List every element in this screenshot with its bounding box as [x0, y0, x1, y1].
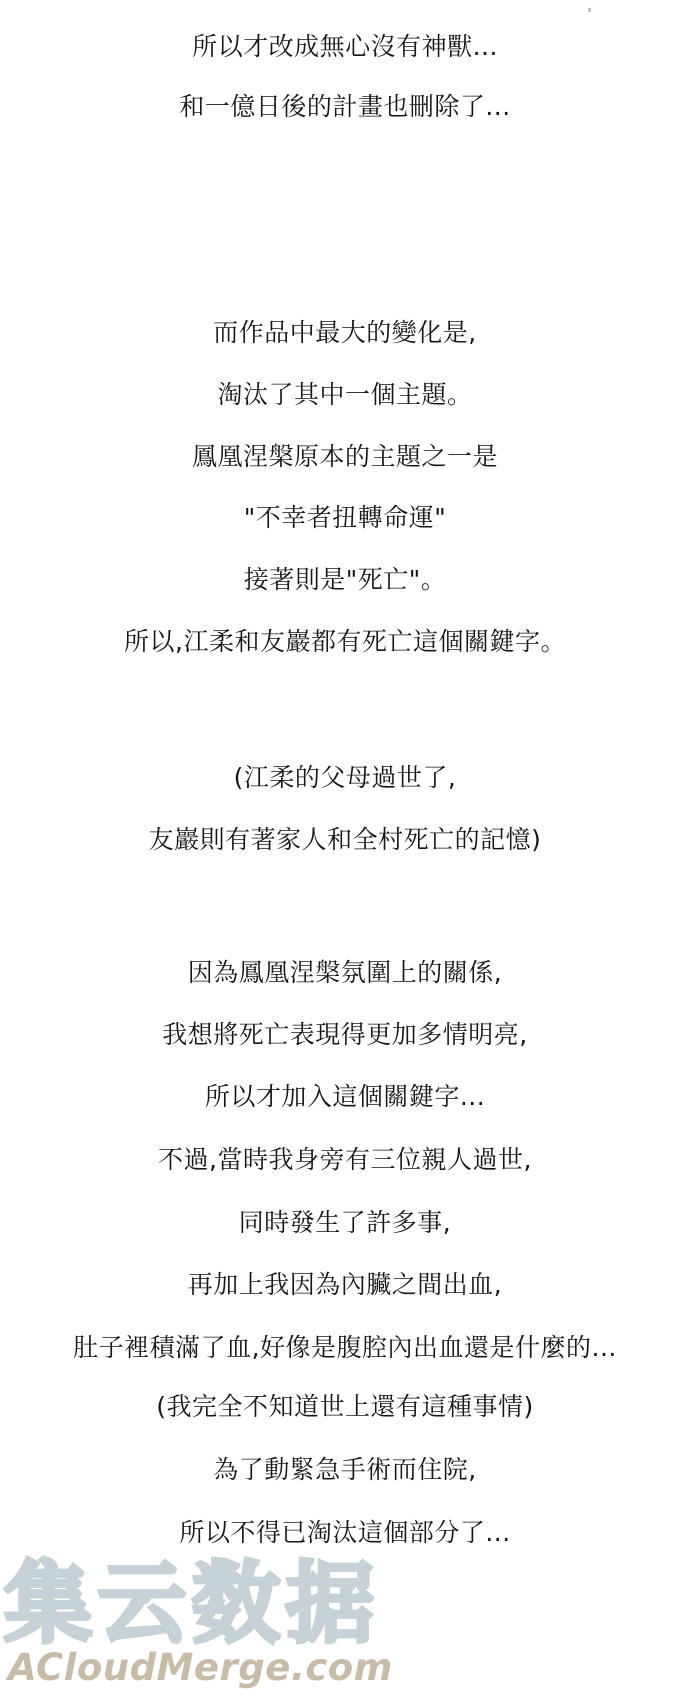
corner-speck [588, 8, 591, 12]
text-line: 淘汰了其中一個主題。 [0, 379, 690, 411]
text-line: 我想將死亡表現得更加多情明亮, [0, 1019, 690, 1051]
watermark-site: ACloudMerge.com [8, 1648, 393, 1688]
text-line: 不過,當時我身旁有三位親人過世, [0, 1144, 690, 1176]
text-line: 因為鳳凰涅槃氛圍上的關係, [0, 957, 690, 989]
text-line: 鳳凰涅槃原本的主題之一是 [0, 441, 690, 473]
text-line: 同時發生了許多事, [0, 1207, 690, 1239]
text-line: "不幸者扭轉命運" [0, 502, 690, 534]
text-line: 所以,江柔和友巖都有死亡這個關鍵字。 [0, 626, 690, 658]
text-line: (我完全不知道世上還有這種事情) [0, 1391, 690, 1423]
text-line: 和一億日後的計畫也刪除了... [0, 91, 690, 123]
text-line: 再加上我因為內臟之間出血, [0, 1269, 690, 1301]
text-line: 所以不得已淘汰這個部分了... [0, 1517, 690, 1549]
text-line: 而作品中最大的變化是, [0, 317, 690, 349]
text-line: 肚子裡積滿了血,好像是腹腔內出血還是什麼的... [0, 1332, 690, 1364]
text-line: 為了動緊急手術而住院, [0, 1454, 690, 1486]
text-line: 所以才加入這個關鍵字... [0, 1081, 690, 1113]
text-line: (江柔的父母過世了, [0, 762, 690, 794]
comic-text-page: 所以才改成無心沒有神獸... 和一億日後的計畫也刪除了... 而作品中最大的變化… [0, 0, 690, 1697]
text-line: 所以才改成無心沒有神獸... [0, 31, 690, 63]
watermark-cjk: 集云数据 [4, 1556, 384, 1652]
text-line: 友巖則有著家人和全村死亡的記憶) [0, 824, 690, 856]
text-line: 接著則是"死亡"。 [0, 564, 690, 596]
